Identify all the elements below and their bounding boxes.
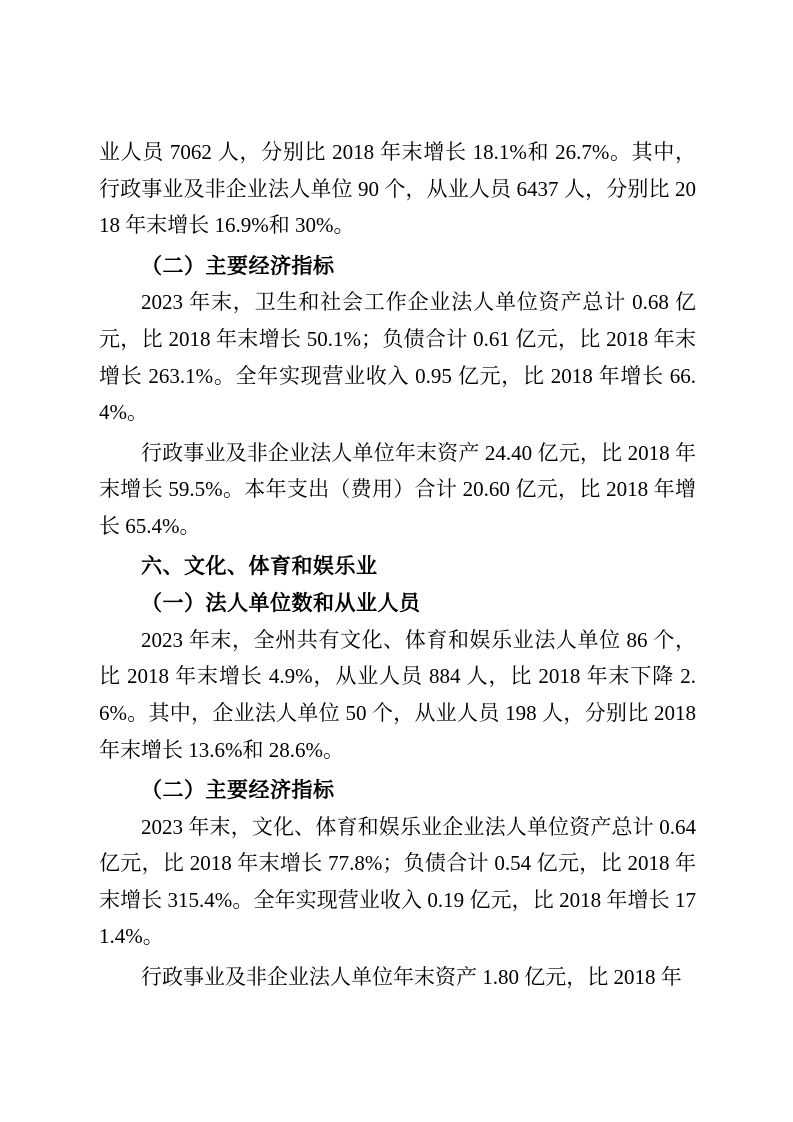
- paragraph-culture-entities-employment: 2023 年末，全州共有文化、体育和娱乐业法人单位 86 个，比 2018 年末…: [99, 622, 696, 768]
- document-page: 业人员 7062 人，分别比 2018 年末增长 18.1%和 26.7%。其中…: [0, 0, 793, 1122]
- paragraph-culture-enterprise-finance: 2023 年末，文化、体育和娱乐业企业法人单位资产总计 0.64 亿元，比 20…: [99, 809, 696, 955]
- heading-health-economic-indicators: （二）主要经济指标: [99, 248, 696, 285]
- paragraph-culture-admin-finance-truncated: 行政事业及非企业法人单位年末资产 1.80 亿元，比 2018 年: [99, 959, 696, 996]
- paragraph-health-enterprise-finance: 2023 年末，卫生和社会工作企业法人单位资产总计 0.68 亿元，比 2018…: [99, 284, 696, 430]
- paragraph-health-admin-finance: 行政事业及非企业法人单位年末资产 24.40 亿元，比 2018 年末增长 59…: [99, 435, 696, 545]
- heading-culture-economic-indicators: （二）主要经济指标: [99, 772, 696, 809]
- heading-culture-legal-entities-employment: （一）法人单位数和从业人员: [99, 585, 696, 622]
- heading-culture-sports-entertainment-section: 六、文化、体育和娱乐业: [99, 549, 696, 586]
- paragraph-health-employment-continued: 业人员 7062 人，分别比 2018 年末增长 18.1%和 26.7%。其中…: [99, 134, 696, 244]
- document-content: 业人员 7062 人，分别比 2018 年末增长 18.1%和 26.7%。其中…: [99, 134, 696, 996]
